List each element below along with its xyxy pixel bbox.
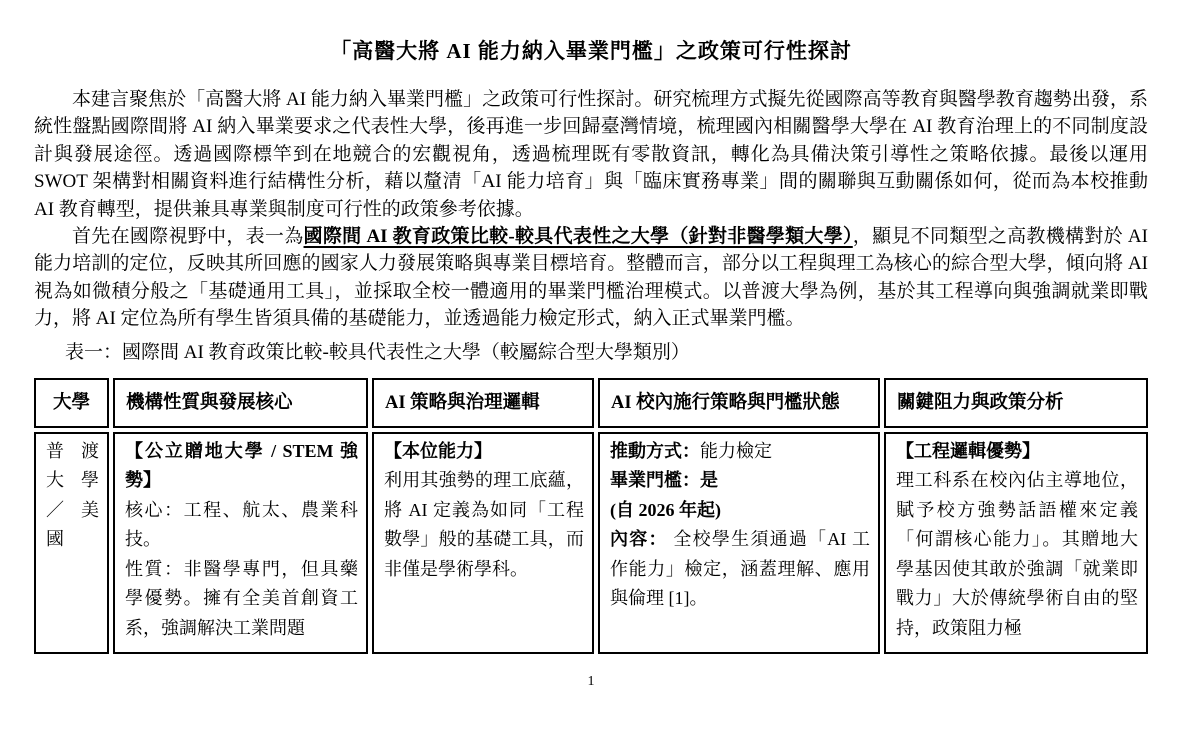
implementation-start-year: (自 2026 年起)	[610, 496, 870, 526]
implementation-content-label: 內容：	[610, 529, 668, 549]
paragraph-1: 本建言聚焦於「高醫大將 AI 能力納入畢業門檻」之政策可行性探討。研究梳理方式擬…	[34, 86, 1148, 223]
paragraph-2: 首先在國際視野中，表一為國際間 AI 教育政策比較-較具代表性之大學（針對非醫學…	[34, 223, 1148, 333]
implementation-threshold: 畢業門檻：是	[610, 466, 870, 496]
document-page: 「高醫大將 AI 能力納入畢業門檻」之政策可行性探討 本建言聚焦於「高醫大將 A…	[0, 0, 1182, 690]
paragraph-2-emphasis: 國際間 AI 教育政策比較-較具代表性之大學（針對非醫學類大學）	[304, 226, 853, 247]
implementation-content: 內容： 全校學生須通過「AI 工作能力」檢定，涵蓋理解、應用與倫理 [1]。	[610, 525, 870, 614]
comparison-table: 大學 機構性質與發展核心 AI 策略與治理邏輯 AI 校內施行策略與門檻狀態 關…	[30, 374, 1152, 658]
page-title: 「高醫大將 AI 能力納入畢業門檻」之政策可行性探討	[34, 36, 1148, 66]
resistance-analysis-body: 理工科系在校內佔主導地位，賦予校方強勢話語權來定義「何謂核心能力」。其贈地大學基…	[896, 466, 1138, 643]
institution-nature-quality: 性質：非醫學專門，但具藥學優勢。擁有全美首創資工系，強調解決工業問題	[125, 555, 358, 644]
cell-implementation: 推動方式：能力檢定 畢業門檻：是 (自 2026 年起) 內容： 全校學生須通過…	[598, 432, 880, 654]
ai-strategy-body: 利用其強勢的理工底蘊，將 AI 定義為如同「工程數學」般的基礎工具，而非僅是學術…	[384, 466, 584, 584]
col-header-university: 大學	[34, 378, 109, 428]
ai-strategy-heading: 【本位能力】	[384, 437, 584, 467]
col-header-implementation: AI 校內施行策略與門檻狀態	[598, 378, 880, 428]
cell-institution-nature: 【公立贈地大學 / STEM 強勢】 核心：工程、航太、農業科技。 性質：非醫學…	[113, 432, 368, 654]
table-caption: 表一：國際間 AI 教育政策比較-較具代表性之大學（較屬綜合型大學類別）	[65, 340, 1148, 366]
table-row-purdue: 普渡大學／美國 【公立贈地大學 / STEM 強勢】 核心：工程、航太、農業科技…	[34, 432, 1148, 654]
col-header-ai-strategy: AI 策略與治理邏輯	[372, 378, 594, 428]
implementation-method: 推動方式：能力檢定	[610, 437, 870, 467]
resistance-analysis-heading: 【工程邏輯優勢】	[896, 437, 1138, 467]
institution-nature-heading: 【公立贈地大學 / STEM 強勢】	[125, 437, 358, 496]
cell-university-name: 普渡大學／美國	[34, 432, 109, 654]
col-header-institution-nature: 機構性質與發展核心	[113, 378, 368, 428]
paragraph-2-lead: 首先在國際視野中，表一為	[72, 226, 304, 247]
implementation-method-label: 推動方式：	[610, 441, 700, 461]
cell-resistance-analysis: 【工程邏輯優勢】 理工科系在校內佔主導地位，賦予校方強勢話語權來定義「何謂核心能…	[884, 432, 1148, 654]
implementation-method-value: 能力檢定	[700, 441, 772, 461]
institution-nature-core: 核心：工程、航太、農業科技。	[125, 496, 358, 555]
col-header-resistance-analysis: 關鍵阻力與政策分析	[884, 378, 1148, 428]
cell-ai-strategy: 【本位能力】 利用其強勢的理工底蘊，將 AI 定義為如同「工程數學」般的基礎工具…	[372, 432, 594, 654]
page-number: 1	[34, 674, 1148, 690]
table-header-row: 大學 機構性質與發展核心 AI 策略與治理邏輯 AI 校內施行策略與門檻狀態 關…	[34, 378, 1148, 428]
